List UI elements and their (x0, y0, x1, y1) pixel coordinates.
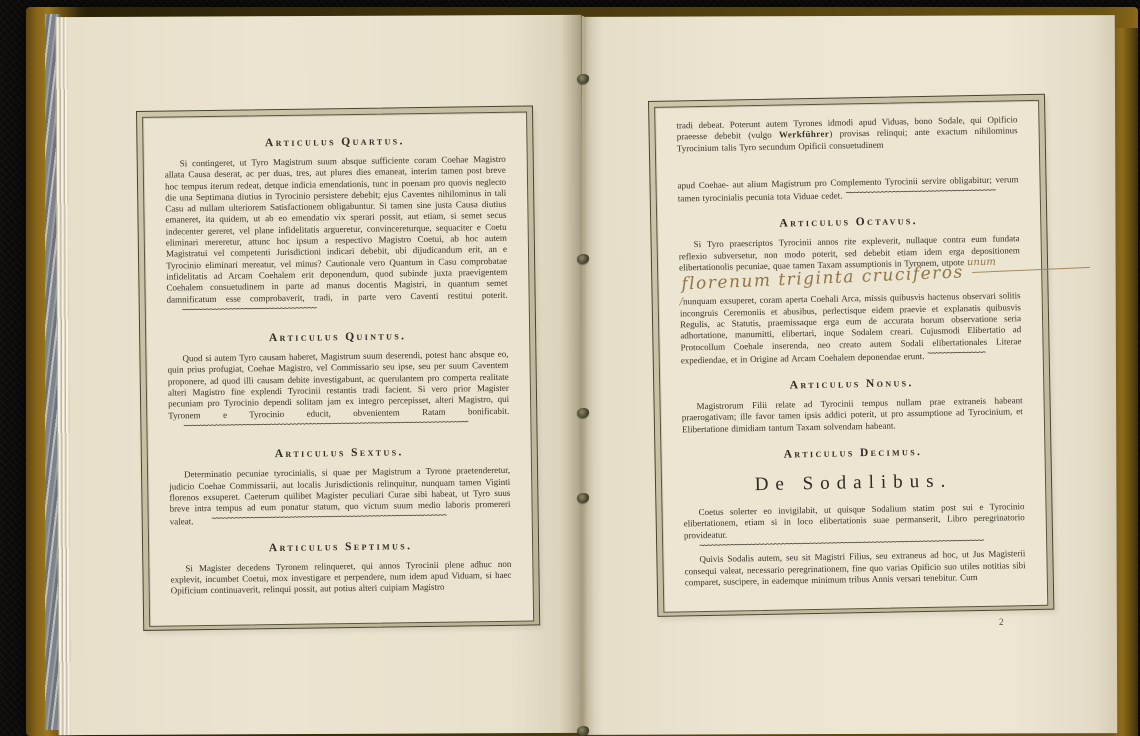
paragraph-text: Quod si autem Tyro causam haberet, Magis… (168, 349, 510, 420)
paragraph-text: Coetus solerter eo invigilabit, ut quisq… (684, 501, 1025, 540)
heading-articulus-quartus: Articulus Quartus. (164, 134, 505, 151)
left-page-text: Articulus Quartus. Si contingeret, ut Ty… (143, 113, 533, 598)
paragraph-de-sodalibus-1: Coetus solerter eo invigilabit, ut quisq… (683, 501, 1025, 554)
continuation-paragraph-part2: apud Coehae- aut alium Magistrum pro Com… (677, 174, 1018, 205)
page-number: 2 (999, 617, 1004, 627)
wavy-rule: ~~~~~~~~~~~~~~~~~~~~~~~~~~~~~~~~~~~~~~~~… (196, 511, 446, 524)
book-cover-right-edge (1114, 28, 1138, 736)
heading-articulus-septimus: Articulus Septimus. (170, 539, 511, 556)
heading-articulus-quintus: Articulus Quintus. (167, 329, 508, 346)
heading-de-sodalibus: De Sodalibus. (683, 469, 1024, 497)
heading-articulus-sextus: Articulus Sextus. (169, 445, 510, 462)
paragraph-de-sodalibus-2: Quivis Sodalis autem, seu sit Magistri F… (684, 548, 1026, 588)
left-page-printed-frame: Articulus Quartus. Si contingeret, ut Ty… (136, 105, 540, 630)
right-frame-inner: tradi debeat. Poterunt autem Tyrones idm… (654, 100, 1048, 613)
paragraph-articulus-sextus: Determinatio pecuniae tyrocinialis, si q… (169, 465, 511, 528)
wavy-rule: ~~~~~~~~~~~~~~~~~~~~~~~~~~~~~~~~~~~~~~~~… (845, 186, 995, 199)
photograph-open-book: Articulus Quartus. Si contingeret, ut Ty… (0, 0, 1140, 736)
right-page-text: tradi debeat. Poterunt autem Tyrones idm… (655, 101, 1047, 589)
paragraph-text: Magistrorum Filii relate ad Tyrocinii te… (682, 395, 1023, 434)
paragraph-octavus-after-handwriting: /nunquam exsuperet, coram aperta Coehali… (680, 291, 1022, 367)
wavy-rule: ~~~~~~~~~~~~~~~~~~~~~~~~~~~~~~~~~~~~~~~~… (927, 348, 985, 359)
paragraph-articulus-septimus: Si Magister decedens Tyronem relinqueret… (170, 559, 511, 598)
right-page-printed-frame: tradi debeat. Poterunt autem Tyrones idm… (648, 94, 1054, 617)
paragraph-text: Quivis Sodalis autem, seu sit Magistri F… (685, 548, 1026, 587)
paragraph-articulus-quintus: Quod si autem Tyro causam haberet, Magis… (167, 349, 509, 435)
page-edge-stack (55, 17, 70, 735)
paragraph-nonus: Magistrorum Filii relate ad Tyrocinii te… (682, 395, 1024, 435)
paragraph-articulus-quartus: Si contingeret, ut Tyro Magistrum suum a… (165, 154, 508, 319)
wavy-rule: ~~~~~~~~~~~~~~~~~~~~~~~~~~~~~~~~~~~~~~~~… (167, 303, 317, 315)
fraktur-word-werkfuehrer: Werkführer (779, 129, 830, 140)
heading-articulus-nonus: Articulus Nonus. (681, 375, 1022, 393)
gutter-shadow (560, 14, 602, 736)
heading-articulus-decimus: Articulus Decimus. (682, 444, 1023, 462)
paragraph-text: Si contingeret, ut Tyro Magistrum suum a… (165, 154, 508, 304)
left-frame-inner: Articulus Quartus. Si contingeret, ut Ty… (142, 112, 534, 627)
paragraph-text: Si Magister decedens Tyronem relinqueret… (170, 559, 511, 596)
binding-thread (582, 16, 584, 734)
heading-articulus-octavus: Articulus Octavus. (678, 214, 1019, 232)
